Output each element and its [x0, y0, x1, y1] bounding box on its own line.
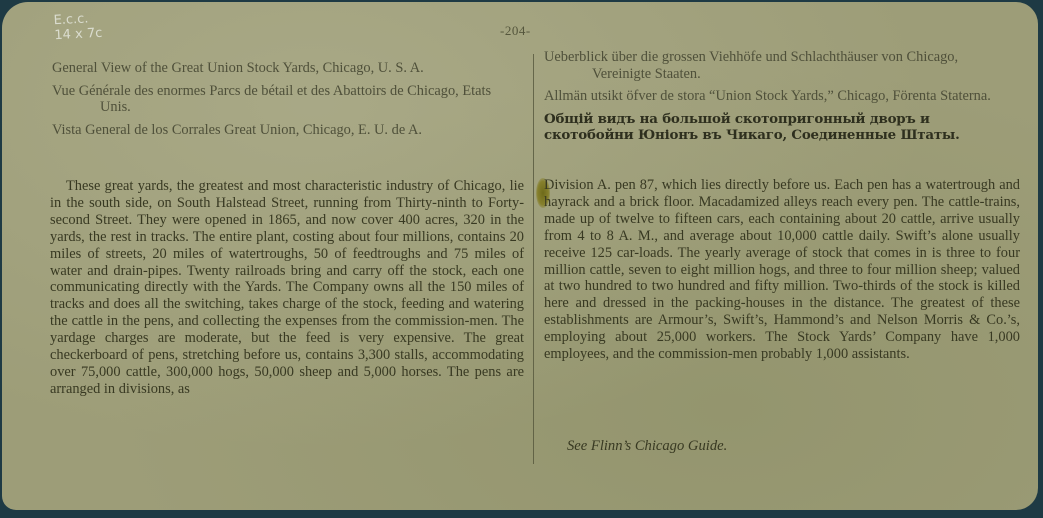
titles-left: General View of the Great Union Stock Ya…	[52, 60, 522, 144]
title-german: Ueberblick über die grossen Viehhöfe und…	[544, 49, 1012, 82]
titles-right: Ueberblick über die grossen Viehhöfe und…	[544, 49, 1012, 150]
pencil-annotation: E.c.c. 14 x 7c	[53, 11, 102, 43]
title-swedish: Allmän utsikt öfver de stora “Union Stoc…	[544, 88, 1012, 105]
title-french: Vue Générale des enormes Parcs de bétail…	[52, 83, 522, 116]
guide-reference: See Flinn’s Chicago Guide.	[567, 438, 727, 455]
description-right-column: Division A. pen 87, which lies directly …	[544, 177, 1020, 363]
title-spanish: Vista General de los Corrales Great Unio…	[52, 122, 522, 139]
title-russian: Общій видъ на большой скотопригонный дво…	[544, 111, 1012, 144]
description-left-column: These great yards, the greatest and most…	[50, 178, 524, 398]
page-number: -204-	[500, 23, 531, 39]
stereoview-card-back: E.c.c. 14 x 7c -204- General View of the…	[2, 2, 1038, 510]
column-divider	[533, 54, 534, 464]
title-english: General View of the Great Union Stock Ya…	[52, 60, 522, 77]
